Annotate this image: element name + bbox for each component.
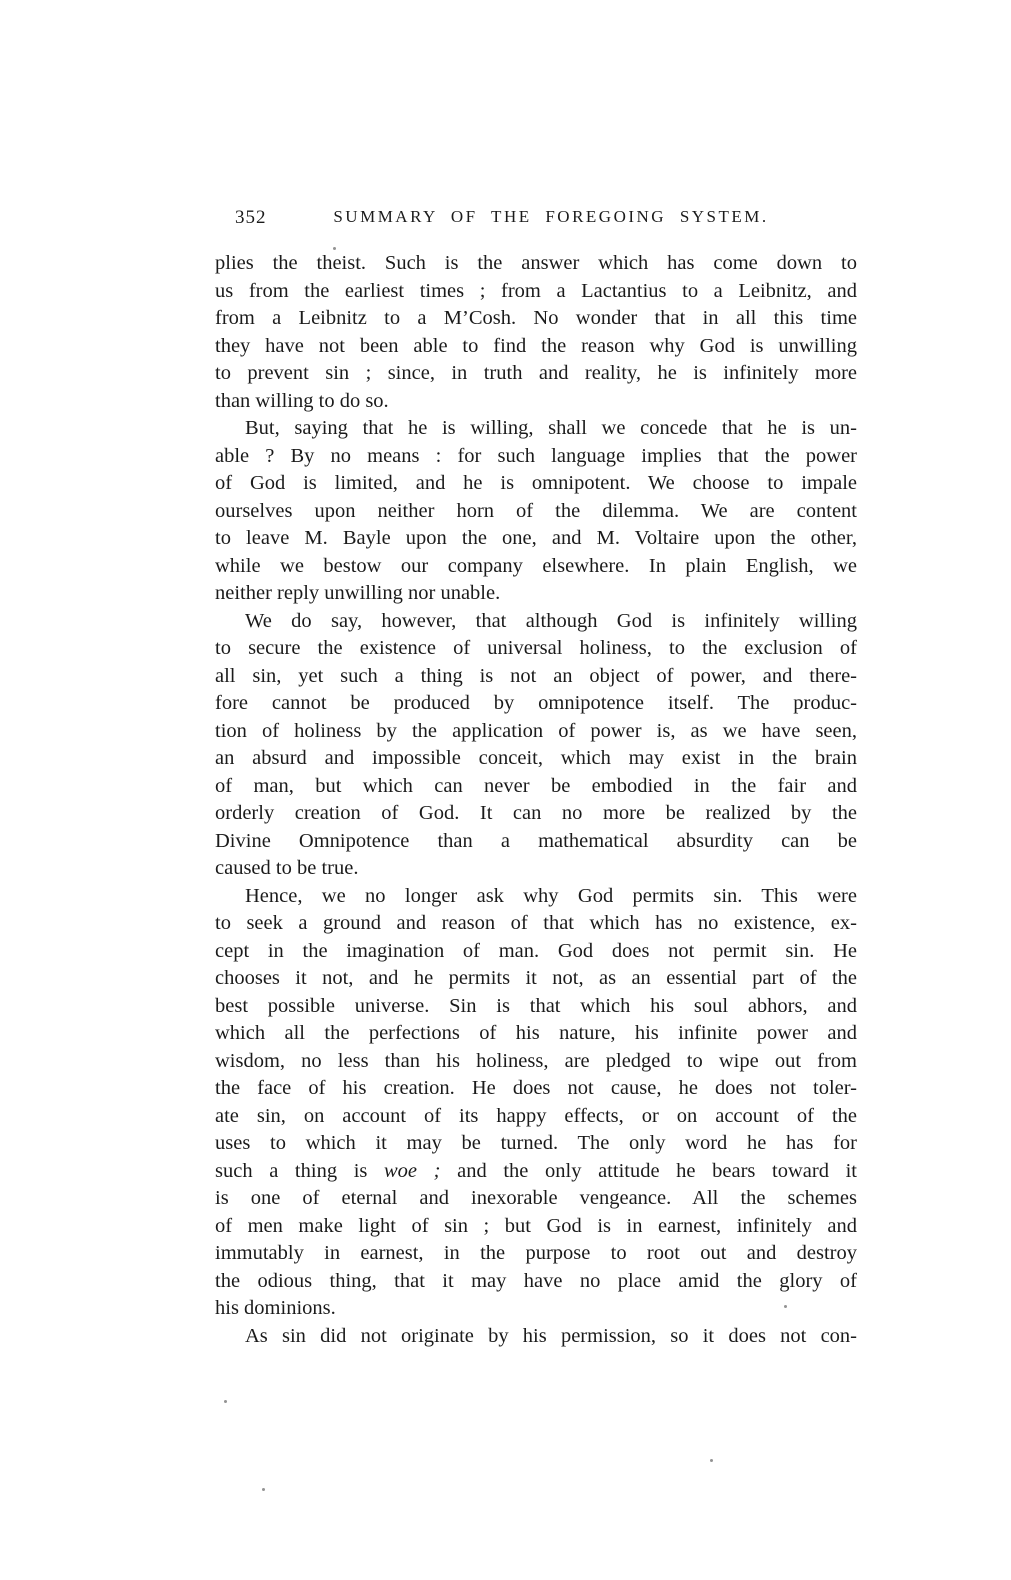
text-line: an absurd and impossible conceit, which … (215, 745, 857, 773)
text-line: is one of eternal and inexorable vengean… (215, 1185, 857, 1213)
text-line: while we bestow our company elsewhere. I… (215, 553, 857, 581)
text-line: orderly creation of God. It can no more … (215, 800, 857, 828)
text-line: immutably in earnest, in the purpose to … (215, 1240, 857, 1268)
text-line: the face of his creation. He does not ca… (215, 1075, 857, 1103)
italic-text: woe ; (384, 1160, 440, 1182)
text-line: wisdom, no less than his holiness, are p… (215, 1048, 857, 1076)
scan-speck (333, 247, 336, 250)
text-segment: and the only attitude he bears toward it (440, 1160, 857, 1182)
text-line: plies the theist. Such is the answer whi… (215, 250, 857, 278)
text-line: to seek a ground and reason of that whic… (215, 910, 857, 938)
running-header-title: SUMMARY OF THE FOREGOING SYSTEM. (215, 207, 857, 227)
text-line: they have not been able to find the reas… (215, 333, 857, 361)
scan-speck (224, 1400, 227, 1403)
text-line: of men make light of sin ; but God is in… (215, 1213, 857, 1241)
text-line: able ? By no means : for such language i… (215, 443, 857, 471)
text-line: from a Leibnitz to a M’Cosh. No wonder t… (215, 305, 857, 333)
paragraph: But, saying that he is willing, shall we… (215, 415, 857, 608)
text-line: us from the earliest times ; from a Lact… (215, 278, 857, 306)
text-segment: such a thing is (215, 1160, 384, 1182)
text-line: ate sin, on account of its happy effects… (215, 1103, 857, 1131)
book-page: 352 SUMMARY OF THE FOREGOING SYSTEM. pli… (0, 0, 1011, 1580)
page-body: plies the theist. Such is the answer whi… (215, 250, 857, 1350)
text-line: such a thing is woe ; and the only attit… (215, 1158, 857, 1186)
paragraph: We do say, however, that although God is… (215, 608, 857, 883)
text-line: the odious thing, that it may have no pl… (215, 1268, 857, 1296)
text-line: than willing to do so. (215, 388, 857, 416)
text-line: of God is limited, and he is omnipotent.… (215, 470, 857, 498)
text-line: As sin did not originate by his permissi… (215, 1323, 857, 1351)
text-line: to secure the existence of universal hol… (215, 635, 857, 663)
text-line: ourselves upon neither horn of the dilem… (215, 498, 857, 526)
paragraph: plies the theist. Such is the answer whi… (215, 250, 857, 415)
paragraph: Hence, we no longer ask why God permits … (215, 883, 857, 1323)
text-line: cept in the imagination of man. God does… (215, 938, 857, 966)
text-line: neither reply unwilling nor unable. (215, 580, 857, 608)
text-line: to leave M. Bayle upon the one, and M. V… (215, 525, 857, 553)
text-line: fore cannot be produced by omnipotence i… (215, 690, 857, 718)
text-line: all sin, yet such a thing is not an obje… (215, 663, 857, 691)
text-line: tion of holiness by the application of p… (215, 718, 857, 746)
page-header: 352 SUMMARY OF THE FOREGOING SYSTEM. (215, 207, 857, 233)
text-line: best possible universe. Sin is that whic… (215, 993, 857, 1021)
text-line: But, saying that he is willing, shall we… (215, 415, 857, 443)
text-line: chooses it not, and he permits it not, a… (215, 965, 857, 993)
paragraph: As sin did not originate by his permissi… (215, 1323, 857, 1351)
page-number: 352 (235, 207, 267, 229)
text-line: uses to which it may be turned. The only… (215, 1130, 857, 1158)
text-line: his dominions. (215, 1295, 857, 1323)
text-line: of man, but which can never be embodied … (215, 773, 857, 801)
text-line: to prevent sin ; since, in truth and rea… (215, 360, 857, 388)
text-line: Divine Omnipotence than a mathematical a… (215, 828, 857, 856)
text-line: which all the perfections of his nature,… (215, 1020, 857, 1048)
text-line: We do say, however, that although God is… (215, 608, 857, 636)
scan-speck (784, 1305, 787, 1308)
scan-speck (710, 1459, 713, 1462)
text-line: caused to be true. (215, 855, 857, 883)
text-line: Hence, we no longer ask why God permits … (215, 883, 857, 911)
scan-speck (262, 1488, 265, 1491)
